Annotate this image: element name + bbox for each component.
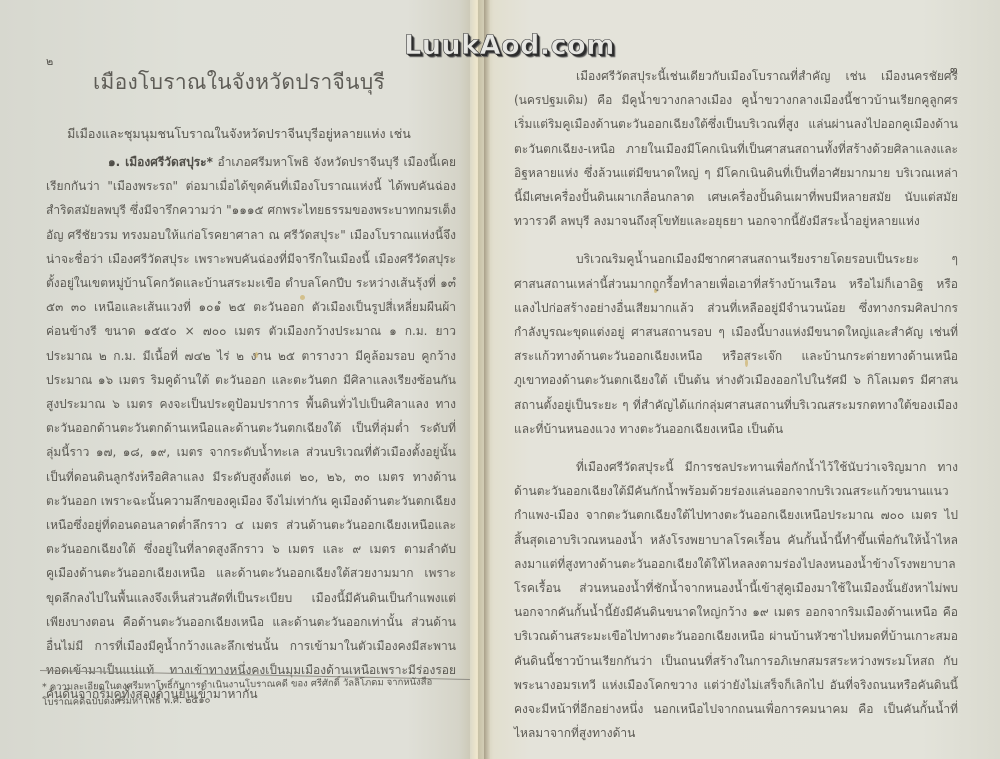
left-body-text: ๑. เมืองศรีวัดสปุระ* อำเภอศรีมหาโพธิ จัง… bbox=[46, 150, 456, 707]
spine-shadow bbox=[484, 0, 490, 759]
book-spread: ๒ เมืองโบราณในจังหวัดปราจีนบุรี มีเมืองแ… bbox=[0, 0, 1000, 759]
paper-stain bbox=[255, 352, 258, 358]
watermark-logo: LuukAod.com bbox=[404, 30, 615, 61]
chapter-title: เมืองโบราณในจังหวัดปราจีนบุรี bbox=[0, 66, 478, 99]
right-page: ๓ เมืองศรีวัดสปุระนี้เช่นเดียวกับเมืองโบ… bbox=[478, 0, 1000, 759]
right-body-text: เมืองศรีวัดสปุระนี้เช่นเดียวกับเมืองโบรา… bbox=[514, 64, 958, 745]
item-heading: ๑. เมืองศรีวัดสปุระ* bbox=[108, 155, 213, 169]
intro-line: มีเมืองและชุมนุมชนโบราณในจังหวัดปราจีนบุ… bbox=[0, 124, 478, 144]
paragraph: ที่เมืองศรีวัดสปุระนี้ มีการชลประทานเพื่… bbox=[514, 455, 958, 745]
paragraph: ๑. เมืองศรีวัดสปุระ* อำเภอศรีมหาโพธิ จัง… bbox=[46, 150, 456, 707]
paper-stain bbox=[654, 289, 657, 293]
paper-stain bbox=[300, 295, 305, 300]
footnote: * ความละเอียดในดงศรีมหาโพธิ์กับการดำเนิน… bbox=[42, 674, 467, 710]
paragraph-text: อำเภอศรีมหาโพธิ จังหวัดปราจีนบุรี เมืองน… bbox=[46, 155, 456, 701]
paragraph: เมืองศรีวัดสปุระนี้เช่นเดียวกับเมืองโบรา… bbox=[514, 64, 958, 233]
paragraph: บริเวณริมคูน้ำนอกเมืองมีซากศาสนสถานเรียง… bbox=[514, 247, 958, 441]
paper-stain bbox=[141, 470, 144, 473]
paper-stain bbox=[745, 359, 748, 367]
left-page: ๒ เมืองโบราณในจังหวัดปราจีนบุรี มีเมืองแ… bbox=[0, 0, 478, 759]
